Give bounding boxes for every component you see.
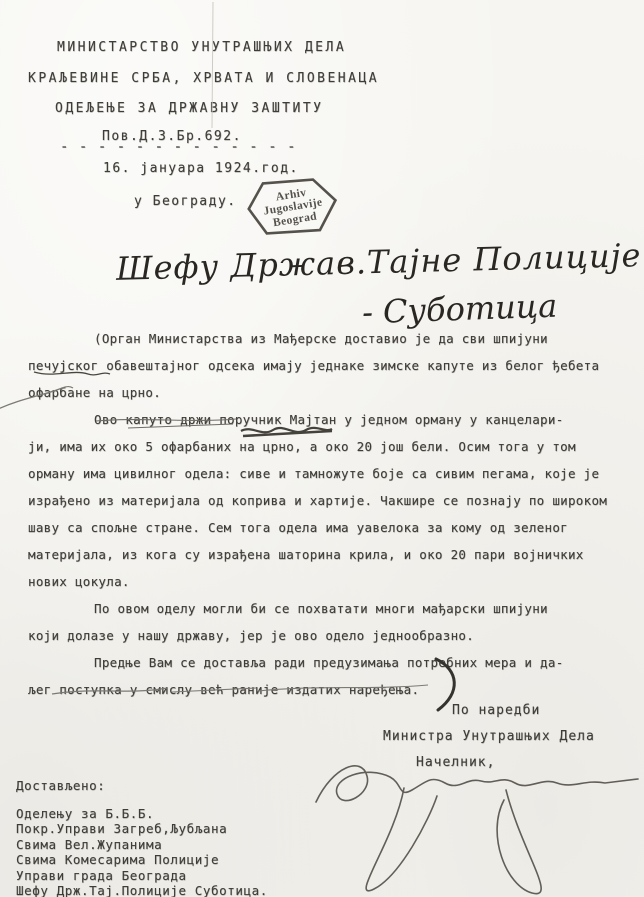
- distribution-item: Свима Комесарима Полиције: [16, 852, 219, 867]
- body-line: По овом оделу могли би се похватати мног…: [28, 600, 548, 618]
- body-line: орману има цивилног одела: сиве и тамнож…: [28, 465, 599, 483]
- body-line: љег поступка у смислу већ раније издатих…: [28, 681, 419, 699]
- dashed-rule: -------------: [60, 139, 306, 155]
- distribution-item: Свима Вел.Жупанима: [16, 837, 162, 852]
- place-line: у Београду.: [134, 194, 237, 209]
- closing-by-order: По наредби: [452, 703, 540, 718]
- closing-minister: Министра Унутрашњих Дела: [383, 729, 595, 744]
- body-line: Предње Вам се доставља ради предузимања …: [28, 654, 564, 672]
- department-line: ОДЕЉЕЊЕ ЗА ДРЖАВНУ ЗАШТИТУ: [55, 101, 324, 116]
- body-line: израђено из материјала од коприва и харт…: [28, 492, 607, 510]
- signature-mark: [308, 750, 644, 897]
- body-line: (Орган Министарства из Мађерске доставио…: [28, 330, 548, 348]
- ink-scribble-underline: [243, 431, 332, 436]
- distribution-item: Покр.Управи Загреб,Љубљана: [16, 821, 227, 836]
- ministry-title: МИНИСТАРСТВО УНУТРАШЊИХ ДЕЛА: [57, 40, 346, 55]
- body-line: офарбане на црно.: [28, 384, 161, 402]
- body-line: материјала, из кога су израђена шаторина…: [28, 546, 584, 564]
- handwritten-city: - Суботица: [361, 287, 557, 332]
- body-line: нових цокула.: [28, 573, 130, 591]
- distribution-item: Оделењу за Б.Б.Б.: [16, 806, 154, 821]
- body-line: ји, има их око 5 офарбаних на црно, а ок…: [28, 438, 576, 456]
- handwritten-salutation: Шефу Држав.Тајне Полиције: [116, 236, 642, 288]
- body-line: печујског обавештајног одсека имају једн…: [28, 357, 599, 375]
- distribution-item: Управи града Београда: [16, 868, 187, 883]
- kingdom-subtitle: КРАЉЕВИНЕ СРБА, ХРВАТА И СЛОВЕНАЦА: [28, 71, 379, 86]
- body-line: који долазе у нашу државу, јер је ово од…: [28, 627, 474, 645]
- distribution-title: Достављено:: [16, 778, 105, 793]
- archive-stamp: Arhiv Jugoslavije Beograd: [242, 169, 345, 245]
- document-page: МИНИСТАРСТВО УНУТРАШЊИХ ДЕЛА КРАЉЕВИНЕ С…: [0, 0, 644, 897]
- distribution-item: Шефу Држ.Тај.Полиције Суботица.: [16, 883, 268, 897]
- closing-nachelnik: Начелник,: [416, 755, 495, 770]
- body-line: шаву са спољне стране. Сем тога одела им…: [28, 519, 568, 537]
- date-line: 16. јануара 1924.год.: [103, 161, 299, 176]
- body-line: Ово капуто држи поручник Мајтан у једном…: [28, 411, 564, 429]
